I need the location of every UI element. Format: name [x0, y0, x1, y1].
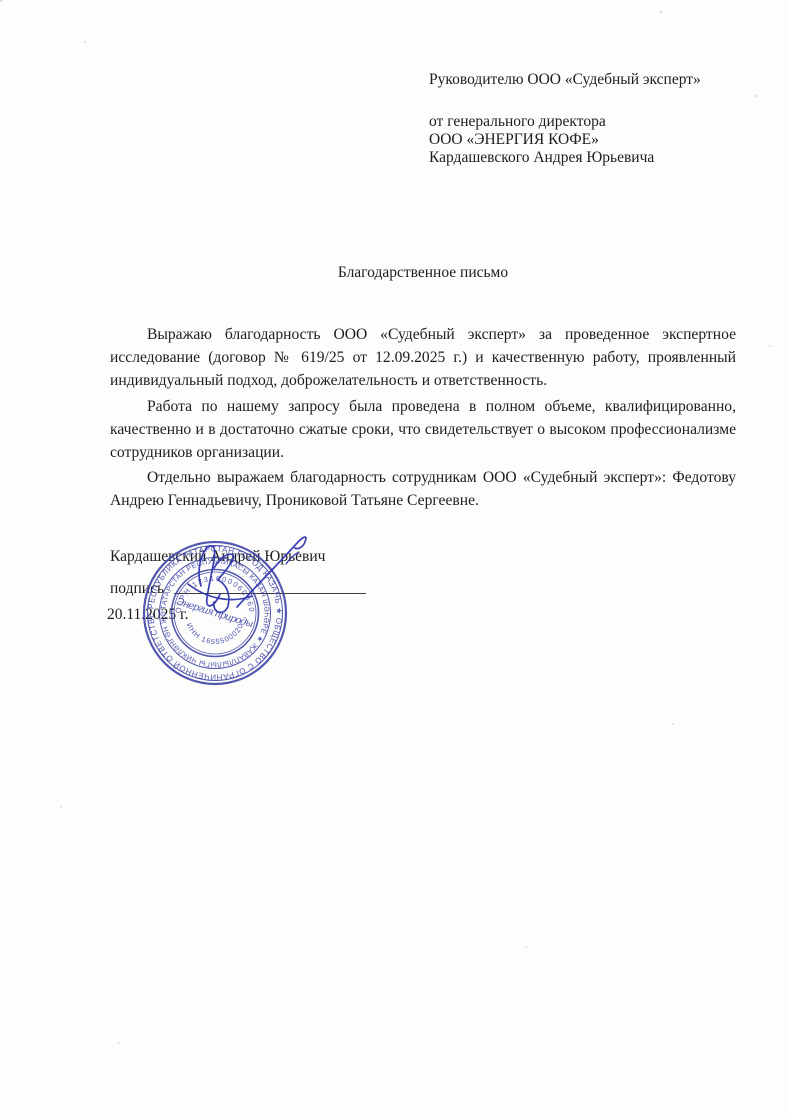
stamp-inn-text: ИНН 1655500020: [185, 621, 246, 646]
from-line-role: от генерального директора: [429, 113, 774, 131]
scan-artifacts: [0, 0, 2, 2]
signature-ink: [168, 524, 358, 624]
signature-line: [174, 593, 366, 594]
letter-page: Руководителю ООО «Судебный эксперт» от г…: [0, 0, 788, 1117]
body-paragraph-1: Выражаю благодарность ООО «Судебный эксп…: [110, 324, 736, 393]
address-block: Руководителю ООО «Судебный эксперт» от г…: [429, 71, 774, 167]
svg-text:ИНН 1655500020: ИНН 1655500020: [185, 621, 246, 646]
from-line-person: Кардашевского Андрея Юрьевича: [429, 149, 774, 167]
body-paragraph-2: Работа по нашему запросу была проведена …: [110, 396, 736, 465]
body-paragraph-3: Отдельно выражаем благодарность сотрудни…: [110, 467, 736, 513]
letter-body: Выражаю благодарность ООО «Судебный эксп…: [110, 324, 736, 516]
from-line-company: ООО «ЭНЕРГИЯ КОФЕ»: [429, 131, 774, 149]
recipient-line: Руководителю ООО «Судебный эксперт»: [429, 71, 774, 89]
letter-date: 20.11.2025 г.: [107, 606, 189, 624]
signature-ink-svg: [168, 524, 358, 624]
signature-label: подпись: [110, 580, 164, 597]
signer-name: Кардашевский Андрей Юрьевич: [110, 548, 325, 566]
signature-row: подпись: [110, 580, 366, 598]
letter-title: Благодарственное письмо: [110, 264, 736, 282]
